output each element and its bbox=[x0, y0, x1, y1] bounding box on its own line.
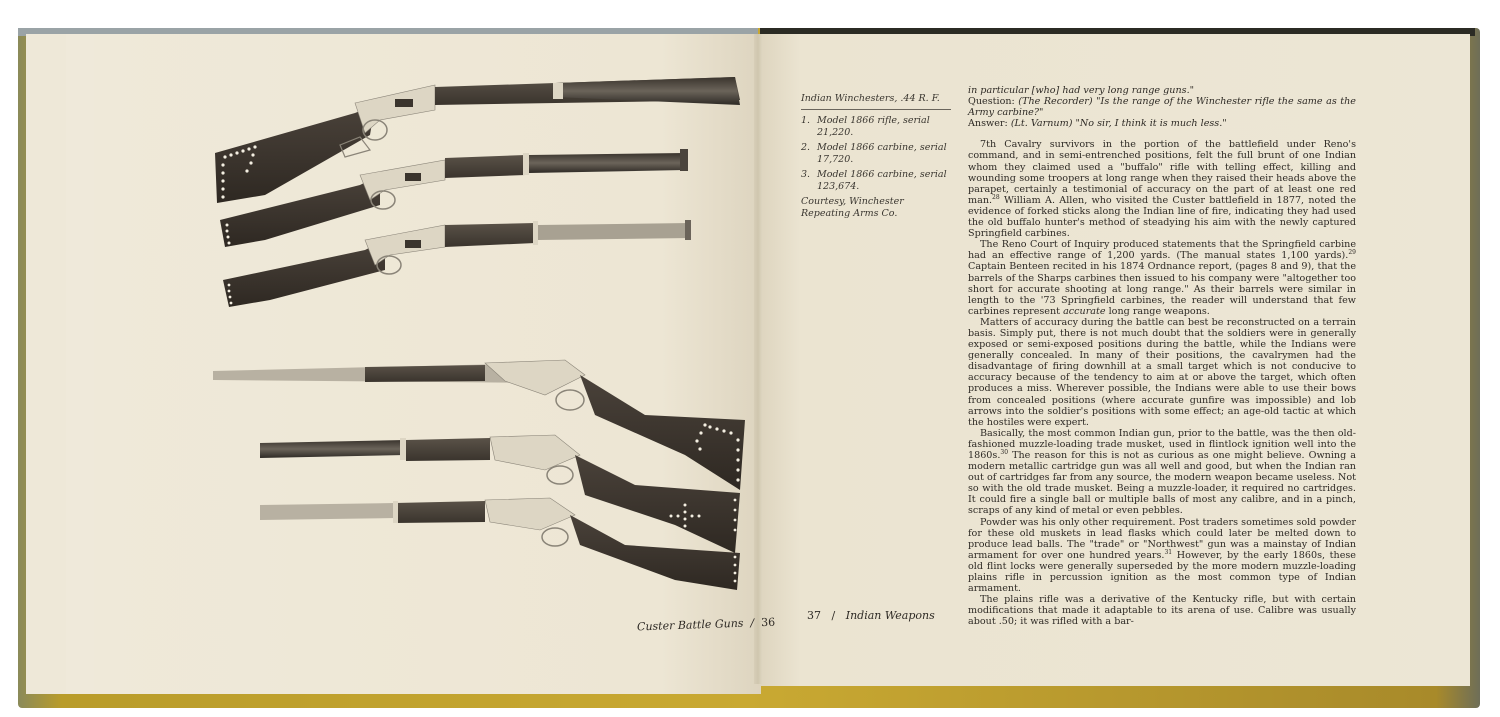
item-text: Model 1866 carbine, serial 17,720. bbox=[817, 142, 951, 166]
footnote-ref: 29 bbox=[1348, 249, 1356, 256]
question-speaker: (The Recorder) bbox=[1018, 96, 1092, 107]
answer-speaker: (Lt. Varnum) bbox=[1011, 118, 1073, 129]
rifle-3 bbox=[223, 220, 691, 307]
caption-item: 2.Model 1866 carbine, serial 17,720. bbox=[801, 142, 951, 166]
right-page-folio: 37 / Indian Weapons bbox=[807, 609, 935, 622]
item-number: 3. bbox=[801, 169, 817, 193]
book-gutter bbox=[754, 34, 762, 684]
answer-text: "No sir, I think it is much less." bbox=[1076, 118, 1227, 129]
caption-list: 1.Model 1866 rifle, serial 21,220. 2.Mod… bbox=[801, 115, 951, 193]
figure-caption: Indian Winchesters, .44 R. F. 1.Model 18… bbox=[801, 93, 951, 220]
quote-line: in particular [who] had very long range … bbox=[968, 85, 1194, 96]
item-text: Model 1866 carbine, serial 123,674. bbox=[817, 169, 951, 193]
paragraph: Powder was his only other requirement. P… bbox=[968, 517, 1356, 595]
question-label: Question: bbox=[968, 96, 1015, 107]
rifles-figure bbox=[205, 75, 750, 595]
quote-continuation: in particular [who] had very long range … bbox=[968, 85, 1356, 96]
caption-item: 1.Model 1866 rifle, serial 21,220. bbox=[801, 115, 951, 139]
footnote-ref: 31 bbox=[1164, 549, 1172, 556]
rifle-4 bbox=[213, 360, 745, 490]
item-number: 1. bbox=[801, 115, 817, 139]
paragraph: The plains rifle was a derivative of the… bbox=[968, 594, 1356, 627]
answer-line: Answer: (Lt. Varnum) "No sir, I think it… bbox=[968, 118, 1356, 129]
paragraph: 7th Cavalry survivors in the portion of … bbox=[968, 139, 1356, 239]
item-number: 2. bbox=[801, 142, 817, 166]
page-number-left: 36 bbox=[761, 616, 775, 629]
body-text: in particular [who] had very long range … bbox=[968, 85, 1356, 628]
footnote-ref: 30 bbox=[1000, 449, 1008, 456]
page-edge bbox=[26, 34, 67, 694]
question-line: Question: (The Recorder) "Is the range o… bbox=[968, 96, 1356, 118]
paragraph: Matters of accuracy during the battle ca… bbox=[968, 317, 1356, 428]
footnote-ref: 28 bbox=[992, 194, 1000, 201]
running-head-right: Indian Weapons bbox=[846, 609, 935, 622]
paragraph: Basically, the most common Indian gun, p… bbox=[968, 428, 1356, 517]
rifle-1 bbox=[215, 77, 740, 203]
paragraph: The Reno Court of Inquiry produced state… bbox=[968, 239, 1356, 317]
folio-separator: / bbox=[832, 609, 836, 622]
folio-separator: / bbox=[750, 616, 754, 629]
caption-credit: Courtesy, Winchester Repeating Arms Co. bbox=[801, 196, 951, 220]
page-number-right: 37 bbox=[807, 609, 821, 622]
caption-title: Indian Winchesters, .44 R. F. bbox=[801, 93, 951, 110]
item-text: Model 1866 rifle, serial 21,220. bbox=[817, 115, 951, 139]
rifle-5 bbox=[260, 435, 740, 553]
answer-label: Answer: bbox=[968, 118, 1008, 129]
caption-item: 3.Model 1866 carbine, serial 123,674. bbox=[801, 169, 951, 193]
page-edge bbox=[66, 34, 95, 694]
